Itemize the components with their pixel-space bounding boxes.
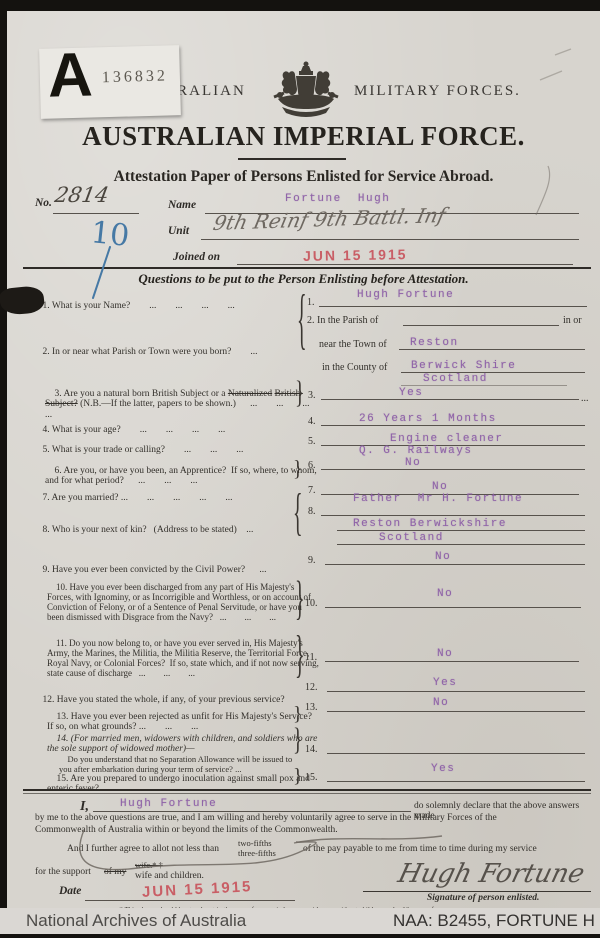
declaration-frac-bottom: three-fifths [238,848,276,858]
answer-4-line [321,425,585,426]
declaration-allot-pre: And I further agree to allot not less th… [67,844,219,854]
footer-series-reference: NAA: B2455, FORTUNE H [393,911,595,931]
answer-7-value: No [432,481,448,493]
answer-2-town-label: near the Town of [319,339,387,350]
no-line [53,213,139,214]
answer-12-line [327,691,585,692]
declaration-name-typed: Hugh Fortune [120,798,217,810]
sticker-letter: A [47,39,94,111]
answer-14-number: 14. [305,744,318,755]
declaration-wife-plain: wife and children. [135,871,204,881]
answer-1-line [319,306,587,307]
answer-5-value2: Q. G. Railways [359,445,472,457]
answer-1-number: 1. [307,297,315,308]
joined-line [237,264,573,265]
answer-3-value: Yes [399,387,423,399]
date-stamp: JUN 15 1915 [142,878,253,901]
question-7: 7. Are you married? ... ... ... ... ... [33,482,305,514]
question-3-struck-word: Naturalized [228,389,272,399]
question-7-text: Are you married? ... ... ... ... ... [51,493,232,503]
name-label: Name [168,199,196,211]
declaration-frac-top: two-fifths [238,838,272,848]
question-5-text: What is your trade or calling? ... ... .… [52,445,244,455]
coat-of-arms-icon [270,59,342,123]
answer-8-value2: Scotland [379,532,444,544]
answer-8-value: Reston Berwickshire [353,518,507,530]
answer-12-value: Yes [433,677,457,689]
answer-5-value: Engine cleaner [390,433,503,445]
question-brace-q15 [293,765,303,788]
margin-note-handwritten: 10 [89,215,131,254]
answer-brace-q2 [297,283,307,361]
answer-2-parish-line [403,325,559,326]
answer-2-county-label: in the County of [322,362,387,373]
name-typed-value: Fortune Hugh [285,193,390,205]
answer-2-town-line [399,349,585,350]
answer-8-line3 [337,544,585,545]
unit-handwritten-value: 9th Reinf 9th Battl. Inf [211,203,448,235]
question-15-number: 15. [57,774,69,784]
question-11: 11. Do you now belong to, or have you ev… [33,628,319,688]
question-5-number: 5. [43,445,50,455]
declaration-rule-bottom [23,793,591,794]
answer-2-parish-suffix: in or [563,315,582,326]
joined-on-label: Joined on [173,251,220,263]
question-brace-q6 [293,457,303,482]
question-15-text: Are you prepared to undergo inoculation … [47,774,312,795]
answer-5-number: 5. [308,436,316,447]
footer-archive-name: National Archives of Australia [26,911,246,931]
title-underline [238,158,346,160]
question-11-text: Do you now belong to, or have you ever s… [47,638,321,678]
section-rule [23,267,591,269]
declaration-support-pre: for the support [35,867,91,877]
answer-6-number: 6. [308,460,316,471]
answer-9-line [325,564,585,565]
date-label: Date [59,885,81,897]
answer-8-number: 8. [308,506,316,517]
answer-14-line [327,753,585,754]
answer-7-number: 7. [308,485,316,496]
joined-date-stamp: JUN 15 1915 [303,246,408,264]
question-2-text: In or near what Parish or Town were you … [52,347,257,357]
unit-line [201,239,579,240]
declaration-line2: by me to the above questions are true, a… [35,813,497,823]
answer-brace-q8 [293,485,303,545]
answer-13-line [327,711,585,712]
declaration-line3: Commonwealth of Australia within or beyo… [35,825,338,835]
question-brace-q14 [293,722,303,759]
question-7-number: 7. [43,493,50,503]
question-1: 1. What is your Name? ... ... ... ... [33,290,305,322]
answer-15-value: Yes [431,763,455,775]
answer-13-number: 13. [305,702,318,713]
question-6-number: 6. [55,466,62,476]
question-10-text: Have you ever been discharged from any p… [47,582,313,622]
answer-3-number: 3. [308,390,316,401]
answer-2-town-value: Reston [410,337,459,349]
answer-13-value: No [433,697,449,709]
answer-11-number: 11. [305,652,317,663]
header-forces-right: MILITARY FORCES. [354,83,521,100]
archive-sticker: A 136832 [39,45,181,119]
question-10: 10. Have you ever been discharged from a… [33,572,319,632]
question-10-number: 10. [56,582,67,592]
service-number-handwritten: 2814 [53,183,111,207]
answer-1-value: Hugh Fortune [357,289,454,301]
question-brace-q11 [295,627,305,687]
question-8: 8. Who is your next of kin? (Address to … [33,514,305,546]
question-3-text: Are you a natural born British Subject o… [63,389,227,399]
naa-footer: National Archives of Australia NAA: B245… [0,908,600,934]
declaration-allot-post: of the pay payable to me from time to ti… [303,844,537,854]
answer-3-line [321,399,579,400]
answer-3-dots: ... [581,393,589,404]
question-2-number: 2. [43,347,50,357]
question-brace-q3 [295,375,305,412]
answer-15-number: 15. [305,772,318,783]
question-8-text: Who is your next of kin? (Address to be … [52,525,254,535]
answer-9-value: No [435,551,451,563]
question-1-text: What is your Name? ... ... ... ... [52,301,235,311]
answer-2-county-value2: Scotland [423,373,488,385]
answer-2-extra-line [401,385,567,386]
answer-2-county-value: Berwick Shire [411,360,516,372]
answer-10-number: 10. [305,598,318,609]
answer-4-value: 26 Years 1 Months [359,413,497,425]
answer-6-value: No [405,457,421,469]
answer-10-value: No [437,588,453,600]
declaration-rule-top [23,789,591,791]
date-line [85,900,295,901]
sticker-number: 136832 [102,67,168,87]
answer-2-parish-label: 2. In the Parish of [307,315,378,326]
signature-handwritten: Hugh Fortune [395,859,588,889]
declaration-wife-struck: wife.* † [135,860,163,870]
signature-line [363,891,591,892]
unit-label: Unit [168,225,189,237]
question-14-number: 14. [57,734,69,744]
attestation-paper-scan: AUSTRALIAN MILITARY FORCES. A 136832 AUS [7,11,600,910]
signature-caption: Signature of person enlisted. [427,893,539,903]
question-brace-q10 [295,573,305,628]
answer-6-line [321,469,585,470]
answer-8-line2 [337,530,585,531]
answer-8-value-above: Father Mr H. Fortune [353,493,523,505]
declaration-name-line [93,811,411,812]
answer-11-value: No [437,648,453,660]
answer-12-number: 12. [305,682,318,693]
answer-4-number: 4. [308,416,316,427]
answer-10-line [325,607,581,608]
question-13-number: 13. [57,712,69,722]
question-8-number: 8. [43,525,50,535]
answer-11-line [325,661,579,662]
question-2: 2. In or near what Parish or Town were y… [33,336,305,368]
no-label: No. [35,197,52,209]
declaration-support-struck: of my [104,867,126,877]
question-3-number: 3. [55,389,62,399]
question-11-number: 11. [56,638,67,648]
page-title: AUSTRALIAN IMPERIAL FORCE. [7,121,600,152]
answer-15-line [327,781,585,782]
answer-9-number: 9. [308,555,316,566]
answer-8-line [321,515,585,516]
